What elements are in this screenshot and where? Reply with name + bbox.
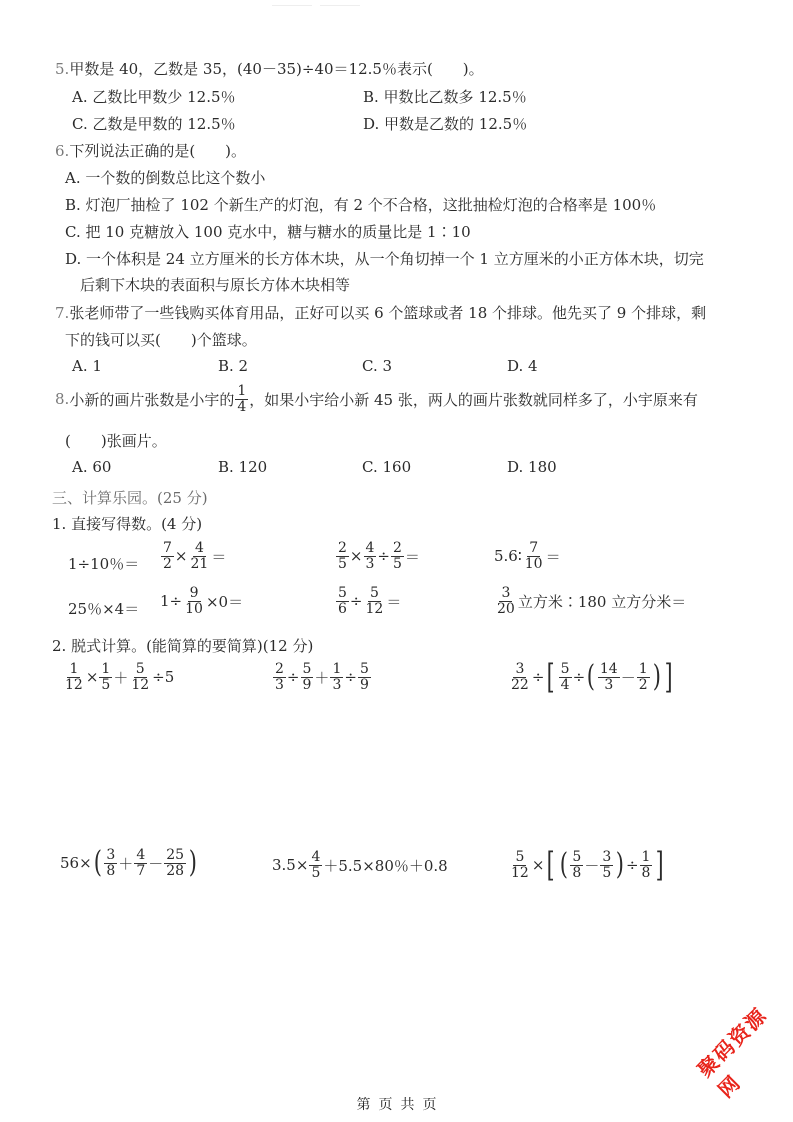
question-text-cont: ( )张画片。	[65, 430, 167, 451]
question-text: 小新的画片张数是小宇的	[69, 389, 234, 410]
option-a: A. 60	[72, 458, 111, 476]
question-text: 张老师带了一些钱购买体育用品，正好可以买 6 个篮球或者 18 个排球。他先买了…	[69, 304, 706, 322]
calc-item: 1÷ 910 ×0＝	[160, 586, 243, 616]
option-c: C. 把 10 克糖放入 100 克水中，糖与糖水的质量比是 1∶10	[65, 221, 471, 242]
option-a: A. 1	[72, 357, 102, 375]
calc-item: 5.6∶ 710 ＝	[494, 541, 561, 571]
option-b: B. 120	[218, 458, 267, 476]
calc-expression: 322 ÷ [ 54 ÷ ( 143 － 12 ) ]	[508, 660, 676, 694]
calc-item: 320 立方米∶180 立方分米＝	[494, 586, 686, 616]
question-number: 7.	[55, 304, 69, 322]
option-c: C. 160	[362, 458, 411, 476]
question-7: 7.张老师带了一些钱购买体育用品，正好可以买 6 个篮球或者 18 个排球。他先…	[55, 302, 706, 323]
question-text-cont: 下的钱可以买( )个篮球。	[65, 329, 257, 350]
part-2-title: 2. 脱式计算。(能简算的要简算)(12 分)	[52, 635, 313, 656]
question-8: 8. 小新的画片张数是小宇的 14 ，如果小宇给小新 45 张，两人的画片张数就…	[55, 384, 698, 414]
option-c: C. 乙数是甲数的 12.5％	[72, 113, 236, 134]
question-6: 6.下列说法正确的是( )。	[55, 140, 246, 161]
calc-item: 25 × 43 ÷ 25 ＝	[335, 541, 420, 571]
option-d-cont: 后剩下木块的表面积与原长方体木块相等	[80, 274, 350, 295]
question-number: 6.	[55, 142, 69, 160]
question-number: 8.	[55, 390, 69, 408]
option-b: B. 灯泡厂抽检了 102 个新生产的灯泡，有 2 个不合格，这批抽检灯泡的合格…	[65, 194, 656, 215]
calc-expression: 512 × [ ( 58 － 35 ) ÷ 18 ]	[508, 848, 667, 882]
calc-item: 72 × 421 ＝	[160, 541, 226, 571]
option-d: D. 一个体积是 24 立方厘米的长方体木块，从一个角切掉一个 1 立方厘米的小…	[65, 248, 704, 269]
fraction: 14	[235, 384, 248, 414]
calc-expression: 23 ÷ 59 ＋ 13 ÷ 59	[272, 662, 372, 692]
section-title: 三、计算乐园。(25 分)	[52, 487, 208, 508]
watermark: 聚码资源网	[690, 989, 793, 1103]
top-rule	[320, 5, 360, 6]
option-a: A. 一个数的倒数总比这个数小	[65, 167, 265, 188]
calc-expression: 56× ( 38 ＋ 47 － 2528 )	[60, 848, 199, 878]
question-text: 下列说法正确的是( )。	[69, 142, 246, 160]
option-c: C. 3	[362, 357, 392, 375]
calc-expression: 3.5× 45 ＋5.5×80％＋0.8	[272, 850, 448, 880]
question-text: 甲数是 40，乙数是 35，(40－35)÷40＝12.5％表示( )。	[69, 60, 483, 78]
option-a: A. 乙数比甲数少 12.5％	[72, 86, 236, 107]
page-footer: 第页共页	[0, 1094, 793, 1114]
question-5: 5.甲数是 40，乙数是 35，(40－35)÷40＝12.5％表示( )。	[55, 58, 484, 79]
option-d: D. 4	[507, 357, 538, 375]
option-d: D. 180	[507, 458, 557, 476]
option-d: D. 甲数是乙数的 12.5％	[363, 113, 527, 134]
question-text: ，如果小宇给小新 45 张，两人的画片张数就同样多了，小宇原来有	[249, 389, 698, 410]
calc-item: 1÷10％＝	[68, 553, 139, 574]
calc-expression: 112 × 15 ＋ 512 ÷5	[62, 662, 174, 692]
option-b: B. 甲数比乙数多 12.5％	[363, 86, 527, 107]
calc-item: 56 ÷ 512 ＝	[335, 586, 401, 616]
part-1-title: 1. 直接写得数。(4 分)	[52, 513, 202, 534]
question-number: 5.	[55, 60, 69, 78]
option-b: B. 2	[218, 357, 248, 375]
top-rule	[272, 5, 312, 6]
calc-item: 25％×4＝	[68, 598, 139, 619]
